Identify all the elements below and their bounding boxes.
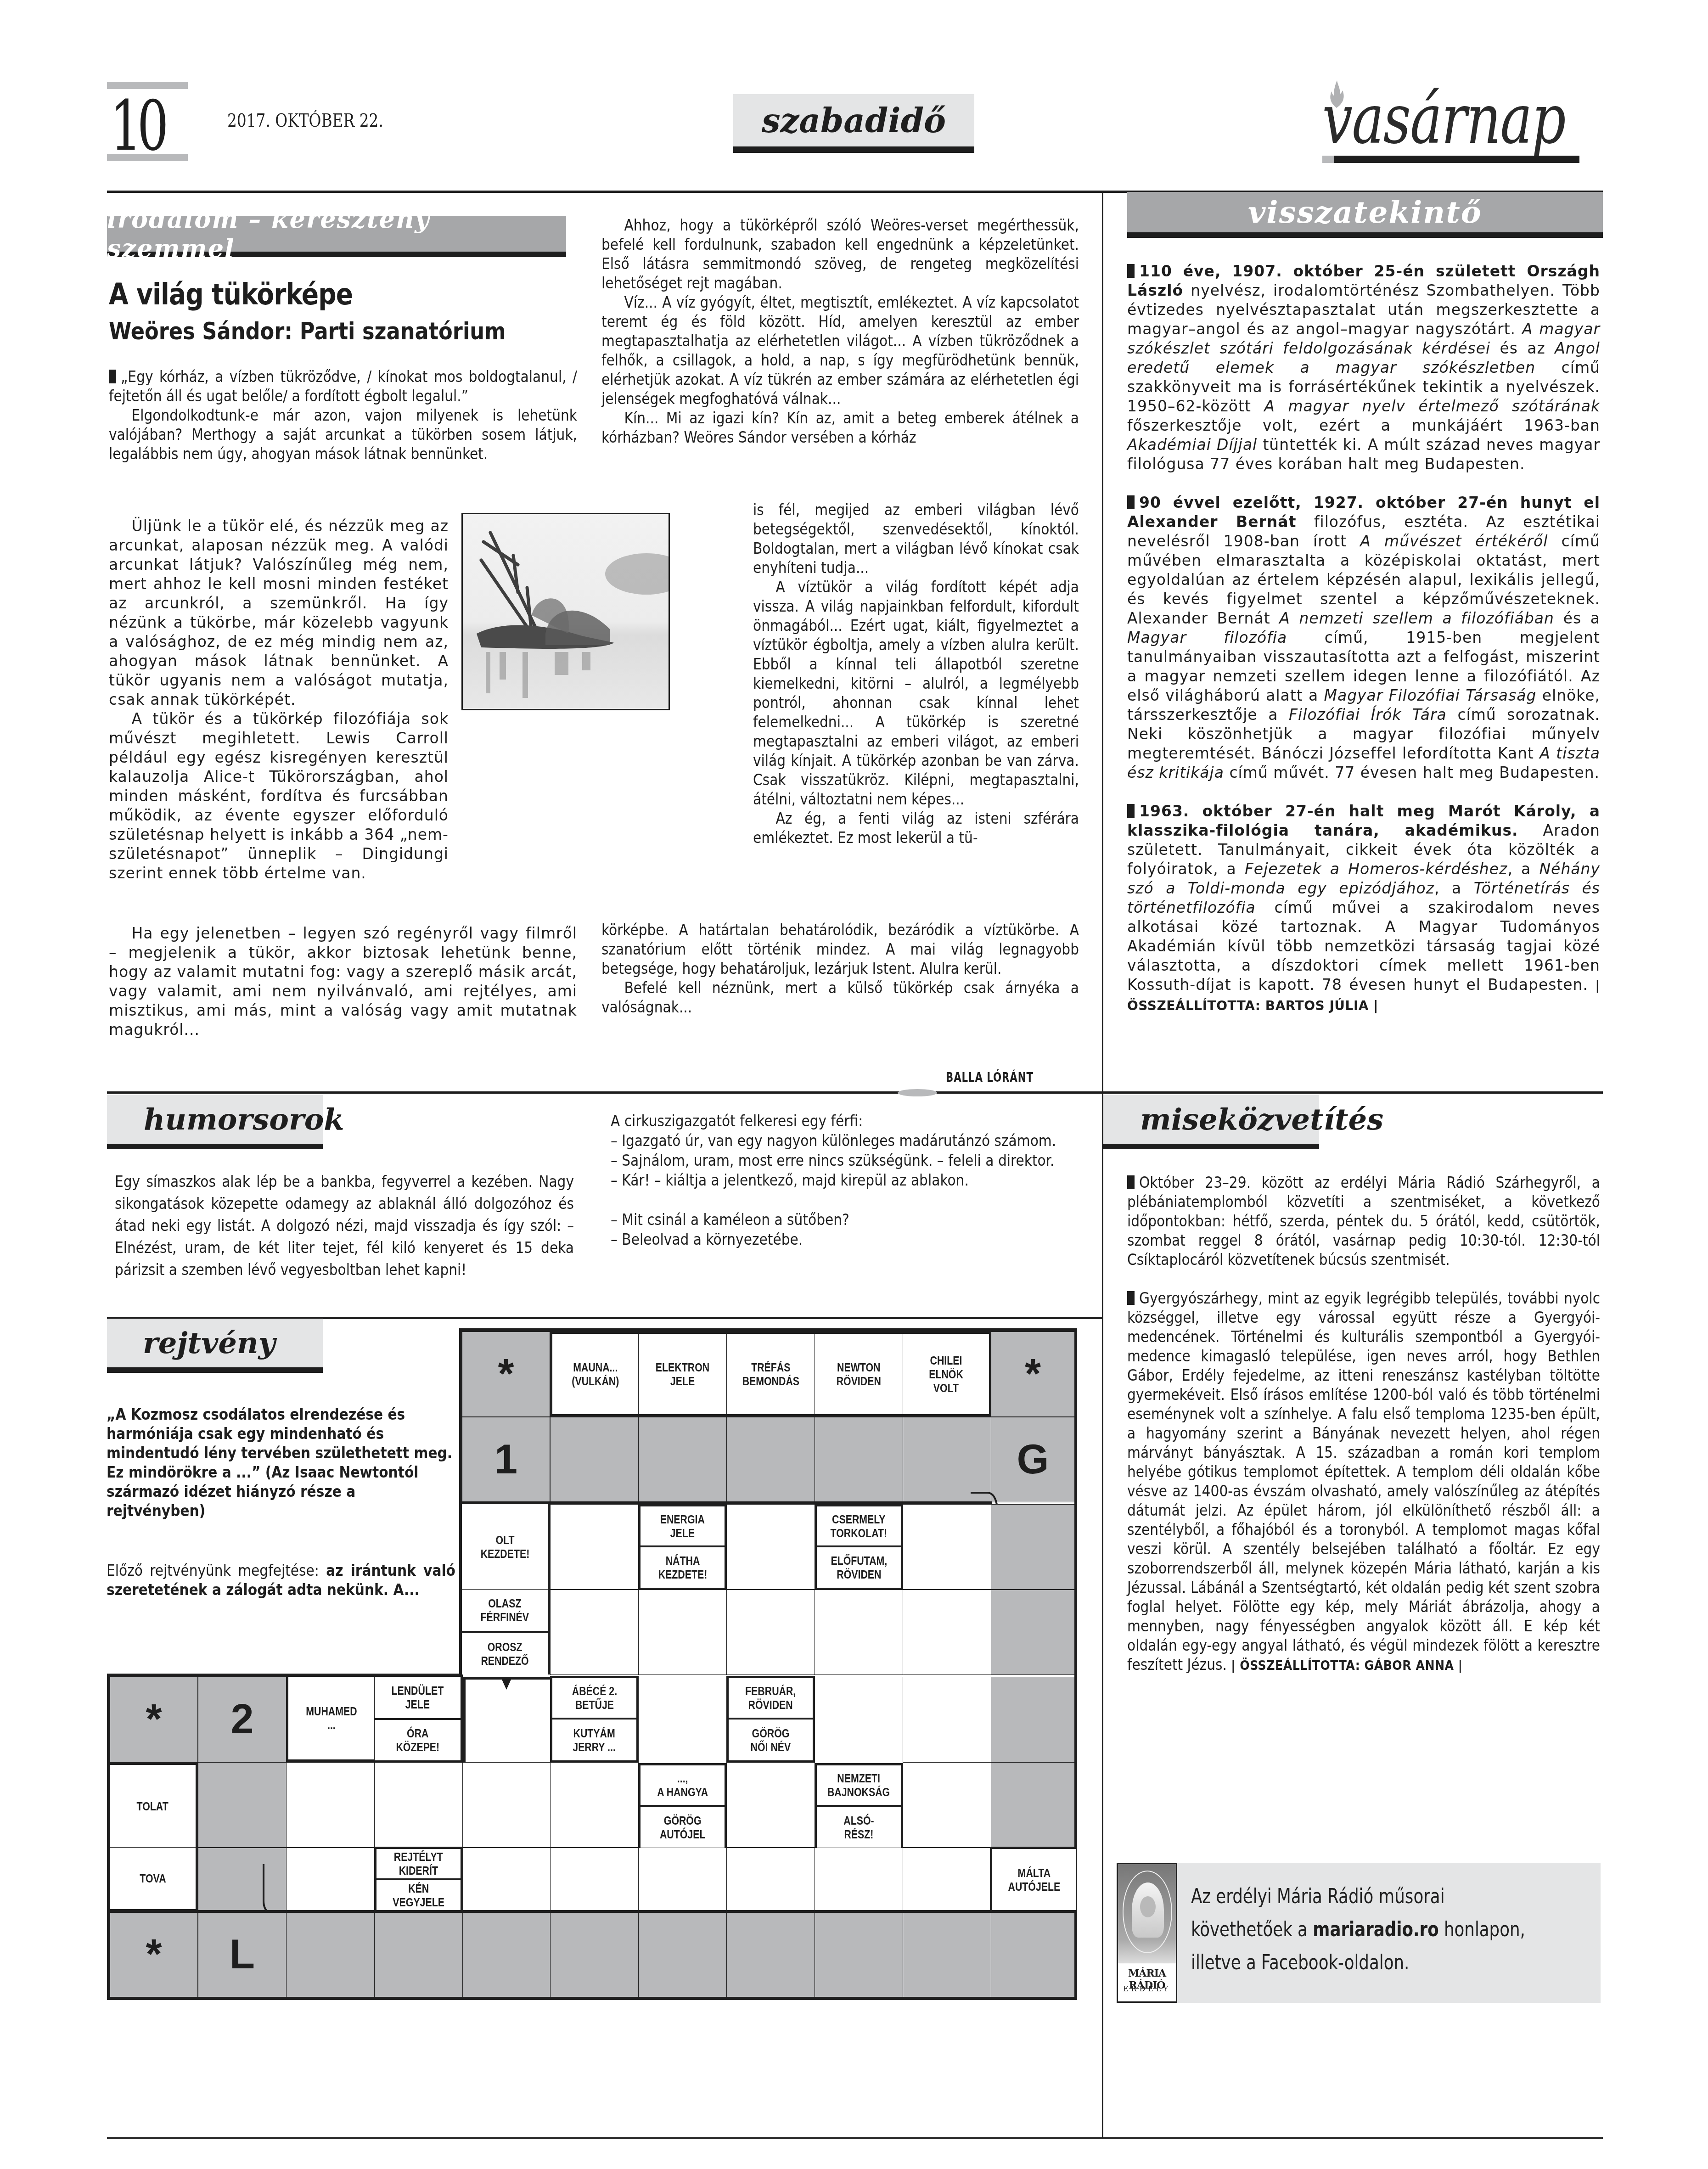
page-number-bar-bottom <box>107 154 188 161</box>
answer-cell[interactable] <box>638 1848 727 1912</box>
puzzle-quote: „A Kozmosz csodálatos elrendezése és har… <box>107 1405 455 1521</box>
mass-paragraph: Október 23–29. között az erdélyi Mária R… <box>1127 1173 1600 1270</box>
clue-malta: MÁLTA AUTÓJELE <box>990 1847 1076 1913</box>
answer-cell[interactable] <box>903 1762 991 1848</box>
star-marker: * <box>110 1677 198 1762</box>
logo-subtitle: ERDÉLY <box>1118 1984 1176 1993</box>
retro-text: 110 éve, 1907. október 25-én született O… <box>1127 262 1600 1016</box>
bullet-marker <box>1127 1291 1135 1305</box>
answer-cell[interactable] <box>638 1417 727 1502</box>
article-paragraph: Víz... A víz gyógyít, éltet, megtisztít,… <box>601 293 1079 409</box>
clue-olt: OLT KEZDETE! <box>459 1504 550 1590</box>
puzzle-previous-solution: Előző rejtvényünk megfejtése: az irántun… <box>107 1561 455 1600</box>
page-bottom-rule <box>107 2137 1603 2139</box>
answer-cell[interactable] <box>991 1590 1075 1675</box>
article-paragraph: Kín... Mi az igazi kín? Kín az, amit a b… <box>601 409 1079 447</box>
clue-trefas: TRÉFÁS BEMONDÁS <box>726 1332 815 1417</box>
bullet-marker <box>1127 1175 1135 1189</box>
answer-cell[interactable] <box>903 1848 991 1912</box>
answer-cell[interactable] <box>815 1590 903 1675</box>
article-col1-narrow: Üljünk le a tükör elé, és nézzük meg az … <box>109 517 449 883</box>
clue-februar: FEBRUÁR, RÖVIDEN <box>726 1676 815 1719</box>
article-col2-top: Ahhoz, hogy a tükörképről szóló Weöres-v… <box>601 216 1079 447</box>
article-paragraph: Az ég, a fenti világ az isteni szférára … <box>753 809 1079 848</box>
clue-nemzeti: NEMZETI BAJNOKSÁG <box>815 1763 903 1806</box>
byline-ornament <box>898 1089 937 1096</box>
article-kicker: irodalom – keresztény szemmel <box>107 204 566 263</box>
answer-cell[interactable] <box>991 1912 1075 1997</box>
star-marker: * <box>110 1912 198 1997</box>
retro-header: visszatekintő <box>1248 194 1482 230</box>
answer-cell[interactable] <box>726 1762 815 1848</box>
clue-gorog-noi: GÖRÖG NŐI NÉV <box>726 1719 815 1763</box>
clue-newton: NEWTON RÖVIDEN <box>815 1332 903 1417</box>
answer-cell[interactable] <box>815 1912 903 1997</box>
mass-credit-name: GÁBOR ANNA <box>1365 1658 1454 1673</box>
humor-joke-1: Egy símaszkos alak lép be a bankba, fegy… <box>115 1171 574 1281</box>
mass-header-box: miseközvetítés <box>1103 1095 1319 1149</box>
clue-tova: TOVA <box>110 1848 198 1912</box>
article-col1-bottom: Ha egy jelenetben – legyen szó regényről… <box>109 924 577 1040</box>
article-paragraph: A tükör és a tükörkép filozófiája sok mű… <box>109 709 449 883</box>
article-col1-top: „Egy kórház, a vízben tükröződve, / kíno… <box>109 367 577 464</box>
bullet-marker <box>1127 264 1135 278</box>
answer-cell[interactable] <box>550 1417 639 1502</box>
section-name: szabadidő <box>762 101 946 140</box>
star-marker: * <box>991 1332 1075 1417</box>
section-tab: szabadidő <box>733 94 974 153</box>
clue-chilei: CHILEI ELNÖK VOLT <box>903 1332 991 1417</box>
article-quote: „Egy kórház, a vízben tükröződve, / kíno… <box>109 368 577 405</box>
article-paragraph: Ha egy jelenetben – legyen szó regényről… <box>109 924 577 1040</box>
solution-1-marker: 1 <box>462 1417 550 1502</box>
clue-mauna: MAUNA... (VULKÁN) <box>550 1332 639 1417</box>
article-title: A világ tükörképe <box>109 278 353 312</box>
answer-cell[interactable] <box>463 1848 551 1912</box>
maria-radio-ad[interactable]: MÁRIA RÁDIÓ ERDÉLY Az erdélyi Mária Rádi… <box>1117 1863 1601 2003</box>
mass-header: miseközvetítés <box>1140 1102 1383 1137</box>
answer-cell[interactable] <box>463 1912 551 1997</box>
article-col2-bottom: körképbe. A határtalan behatárolódik, be… <box>601 921 1079 1017</box>
clue-elofutam: ELŐFUTAM, RÖVIDEN <box>815 1546 903 1590</box>
clue-lendulet: LENDÜLET JELE <box>374 1677 463 1719</box>
humor-header-box: humorsorok <box>107 1095 323 1149</box>
answer-cell[interactable] <box>815 1848 903 1912</box>
article-byline: BALLA LÓRÁNT <box>946 1070 1034 1085</box>
clue-abece: ÁBÉCÉ 2. BETŰJE <box>550 1676 639 1719</box>
answer-cell[interactable] <box>638 1912 727 1997</box>
clue-energia: ENERGIA JELE <box>638 1504 727 1547</box>
clue-rejtelyt: REJTÉLYT KIDERÍT <box>374 1847 463 1880</box>
bullet-marker <box>1127 804 1135 818</box>
answer-cell[interactable] <box>550 1590 639 1675</box>
answer-cell[interactable] <box>550 1848 639 1912</box>
clue-ora: ÓRA KÖZEPE! <box>374 1719 463 1763</box>
solution-l-marker: L <box>198 1912 287 1997</box>
clue-kutyam: KUTYÁM JERRY ... <box>550 1719 639 1763</box>
humor-header: humorsorok <box>144 1102 344 1137</box>
star-marker: * <box>462 1332 550 1417</box>
article-paragraph: Elgondolkodtunk-e már azon, vajon milyen… <box>109 406 577 464</box>
brand-name: vasárnap <box>1322 85 1565 154</box>
answer-cell[interactable] <box>286 1762 375 1848</box>
clue-natha: NÁTHA KEZDETE! <box>638 1546 727 1590</box>
issue-date: 2017. OKTÓBER 22. <box>227 110 383 131</box>
answer-cell[interactable] <box>726 1912 815 1997</box>
article-kicker-box: irodalom – keresztény szemmel <box>107 216 566 257</box>
article-photo <box>461 513 670 710</box>
arrow-down-icon <box>502 1680 511 1690</box>
brand-logo: vasárnap <box>1322 80 1579 158</box>
answer-cell[interactable] <box>991 1504 1075 1590</box>
page-number: 10 <box>110 92 164 161</box>
answer-cell[interactable] <box>903 1590 991 1675</box>
clue-tolat: TOLAT <box>110 1762 198 1848</box>
ad-text: Az erdélyi Mária Rádió műsorai követhető… <box>1191 1880 1546 1979</box>
clue-orosz: OROSZ RENDEZŐ <box>459 1632 550 1675</box>
answer-cell[interactable] <box>815 1677 903 1762</box>
answer-cell[interactable] <box>991 1677 1075 1762</box>
answer-cell[interactable] <box>726 1590 815 1675</box>
article-subtitle: Weöres Sándor: Parti szanatórium <box>109 318 506 345</box>
driftwood-lake-image <box>463 514 670 710</box>
answer-cell[interactable] <box>726 1848 815 1912</box>
answer-cell[interactable] <box>638 1677 727 1762</box>
column-divider <box>1102 192 1103 2139</box>
retro-item: 1963. október 27-én halt meg Marót Károl… <box>1127 802 1600 1016</box>
clue-ken: KÉN VEGYJELE <box>374 1879 463 1913</box>
answer-cell[interactable] <box>286 1912 375 1997</box>
puzzle-header-box: rejtvény <box>107 1319 323 1373</box>
answer-cell[interactable] <box>903 1504 991 1590</box>
retro-credit-name: BARTOS JÚLIA <box>1265 998 1369 1013</box>
retro-header-box: visszatekintő <box>1127 192 1603 238</box>
answer-cell[interactable] <box>903 1912 991 1997</box>
answer-cell[interactable] <box>638 1590 727 1675</box>
bullet-marker <box>109 370 116 383</box>
article-paragraph: Befelé kell néznünk, mert a külső tükörk… <box>601 978 1079 1017</box>
answer-cell[interactable] <box>726 1504 815 1590</box>
clue-also: ALSÓ- RÉSZ! <box>815 1806 903 1850</box>
answer-cell[interactable] <box>815 1417 903 1502</box>
mass-text: Október 23–29. között az erdélyi Mária R… <box>1127 1173 1600 1675</box>
clue-hangya: ..., A HANGYA <box>638 1763 727 1806</box>
answer-cell[interactable] <box>198 1762 287 1848</box>
article-paragraph: körképbe. A határtalan behatárolódik, be… <box>601 921 1079 978</box>
clue-olasz: OLASZ FÉRFINÉV <box>459 1590 550 1632</box>
answer-cell[interactable] <box>374 1762 463 1848</box>
answer-cell[interactable] <box>550 1504 639 1590</box>
article-paragraph: Üljünk le a tükör elé, és nézzük meg az … <box>109 517 449 709</box>
maria-radio-logo: MÁRIA RÁDIÓ ERDÉLY <box>1117 1863 1177 2003</box>
section-rule <box>107 1091 1603 1094</box>
answer-cell[interactable] <box>550 1912 639 1997</box>
retro-item: 110 éve, 1907. október 25-én született O… <box>1127 262 1600 474</box>
brand-underline <box>1322 156 1579 163</box>
clue-gorog-auto: GÖRÖG AUTÓJEL <box>638 1806 727 1850</box>
humor-joke-2: A cirkuszigazgatót felkeresi egy férfi: … <box>611 1111 1079 1249</box>
answer-cell[interactable] <box>463 1762 551 1848</box>
answer-cell[interactable] <box>903 1677 991 1762</box>
answer-cell[interactable] <box>991 1762 1075 1848</box>
clue-muhamed: MUHAMED ... <box>286 1677 375 1762</box>
article-col2-narrow: is fél, megijed az emberi világban lévő … <box>753 500 1079 848</box>
bullet-marker <box>1127 495 1135 509</box>
article-paragraph: Ahhoz, hogy a tükörképről szóló Weöres-v… <box>601 216 1079 293</box>
answer-cell[interactable] <box>374 1912 463 1997</box>
solution-2-marker: 2 <box>198 1677 287 1762</box>
answer-cell[interactable] <box>286 1848 375 1912</box>
clue-elektron: ELEKTRON JELE <box>638 1332 727 1417</box>
clue-csermely: CSERMELY TORKOLAT! <box>815 1504 903 1547</box>
answer-cell[interactable] <box>726 1417 815 1502</box>
mass-paragraph: Gyergyószárhegy, mint az egyik legrégibb… <box>1127 1289 1600 1675</box>
article-paragraph: is fél, megijed az emberi világban lévő … <box>753 500 1079 578</box>
article-paragraph: A víztükör a világ fordított képét adja … <box>753 578 1079 809</box>
retro-item: 90 évvel ezelőtt, 1927. október 27-én hu… <box>1127 493 1600 782</box>
ad-website-link[interactable]: mariaradio.ro <box>1313 1918 1438 1941</box>
answer-cell[interactable] <box>550 1762 639 1848</box>
puzzle-header: rejtvény <box>143 1326 275 1360</box>
